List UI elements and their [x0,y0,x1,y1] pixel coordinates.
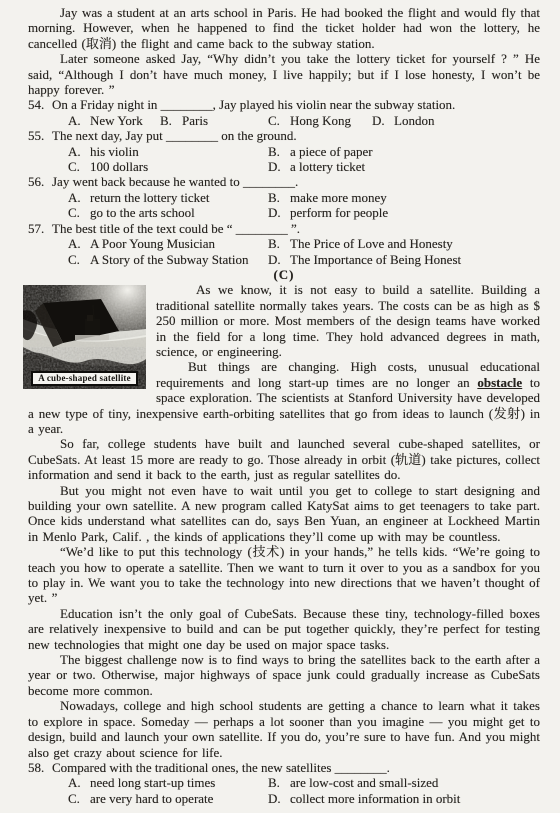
question-number: 58. [28,760,52,775]
option-a: A.his violin [68,144,268,159]
option-d: D.London [372,113,434,128]
satellite-photo: A cube-shaped satellite [23,285,146,389]
question-54-options: A.New York B.Paris C.Hong Kong D.London [68,113,540,128]
passage-c-paragraph-8: Nowadays, college and high school studen… [28,698,540,760]
option-b: B.The Price of Love and Honesty [268,236,540,251]
option-d: D.The Importance of Being Honest [268,252,540,267]
photo-caption: A cube-shaped satellite [31,371,138,386]
option-c: C.100 dollars [68,159,268,174]
question-56-stem-line: 56.Jay went back because he wanted to __… [28,174,540,189]
question-stem: Compared with the traditional ones, the … [52,760,390,775]
obstacle-emphasis: obstacle [477,375,522,390]
question-58-stem-line: 58.Compared with the traditional ones, t… [28,760,540,775]
question-56: 56.Jay went back because he wanted to __… [28,174,540,220]
passage-c-paragraph-5: “We’d like to put this technology (技术) i… [28,544,540,606]
question-number: 57. [28,221,52,236]
question-57-stem-line: 57.The best title of the text could be “… [28,221,540,236]
option-b: B.are low-cost and small-sized [268,775,540,790]
option-b: B.a piece of paper [268,144,540,159]
option-a: A.need long start-up times [68,775,268,790]
passage-c-paragraph-6: Education isn’t the only goal of CubeSat… [28,606,540,652]
question-54: 54.On a Friday night in ________, Jay pl… [28,97,540,128]
question-stem: On a Friday night in ________, Jay playe… [52,97,455,112]
question-stem: The best title of the text could be “ __… [52,221,300,236]
question-57: 57.The best title of the text could be “… [28,221,540,267]
option-c: C.go to the arts school [68,205,268,220]
option-d: D.collect more information in orbit [268,791,540,806]
option-d: D.perform for people [268,205,540,220]
passage-b-paragraph-1: Jay was a student at an arts school in P… [28,5,540,51]
option-d: D.a lottery ticket [268,159,540,174]
question-number: 54. [28,97,52,112]
option-c: C.are very hard to operate [68,791,268,806]
passage-c: A cube-shaped satellite As we know, it i… [28,282,540,760]
question-stem: The next day, Jay put ________ on the gr… [52,128,297,143]
option-c: C.A Story of the Subway Station [68,252,268,267]
question-55-options: A.his violin B.a piece of paper C.100 do… [68,144,540,175]
option-c: C.Hong Kong [268,113,372,128]
question-55: 55.The next day, Jay put ________ on the… [28,128,540,174]
question-58: 58.Compared with the traditional ones, t… [28,760,540,806]
question-57-options: A.A Poor Young Musician B.The Price of L… [68,236,540,267]
option-b: B.make more money [268,190,540,205]
question-number: 56. [28,174,52,189]
option-a: A.return the lottery ticket [68,190,268,205]
passage-c-paragraph-3: So far, college students have built and … [28,436,540,482]
question-stem: Jay went back because he wanted to _____… [52,174,298,189]
question-54-stem-line: 54.On a Friday night in ________, Jay pl… [28,97,540,112]
question-56-options: A.return the lottery ticket B.make more … [68,190,540,221]
question-58-options: A.need long start-up times B.are low-cos… [68,775,540,806]
passage-c-paragraph-4: But you might not even have to wait unti… [28,483,540,545]
passage-c-paragraph-7: The biggest challenge now is to find way… [28,652,540,698]
option-b: B.Paris [160,113,268,128]
option-a: A.New York [68,113,160,128]
scanned-exam-page: Jay was a student at an arts school in P… [0,0,560,806]
question-number: 55. [28,128,52,143]
question-55-stem-line: 55.The next day, Jay put ________ on the… [28,128,540,143]
passage-b-paragraph-2: Later someone asked Jay, “Why didn’t you… [28,51,540,97]
section-c-label: (C) [28,267,540,282]
option-a: A.A Poor Young Musician [68,236,268,251]
